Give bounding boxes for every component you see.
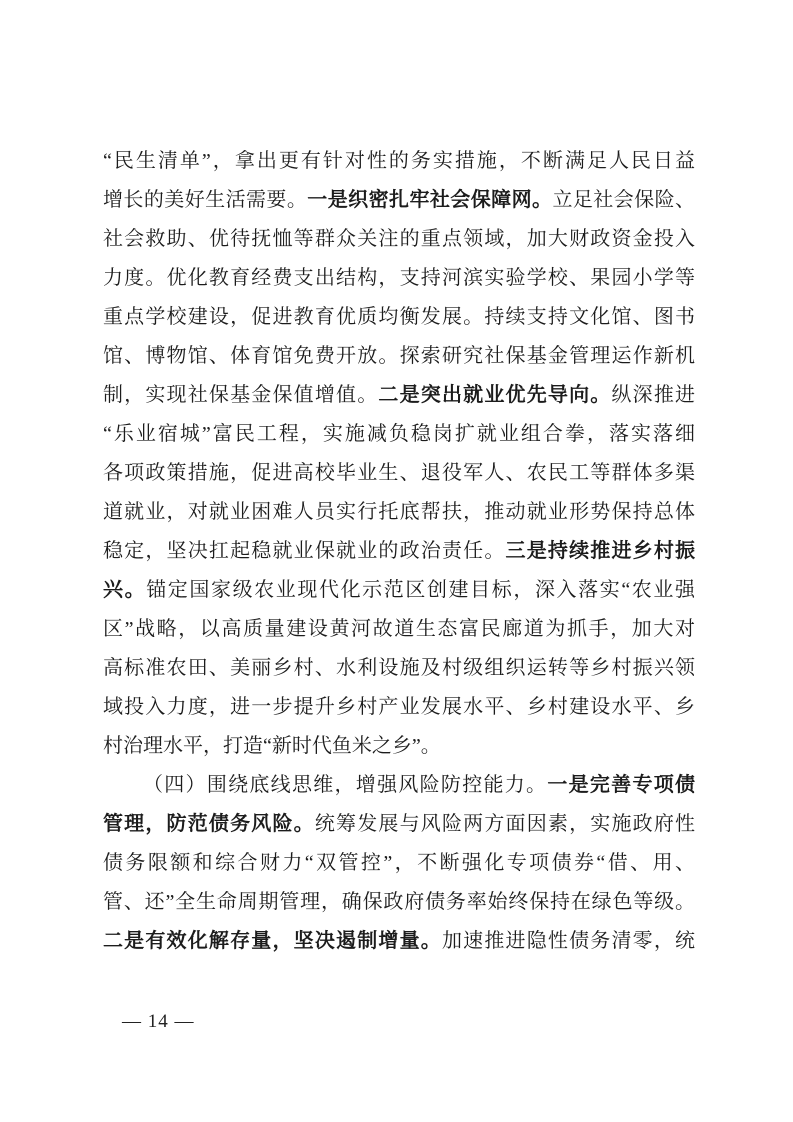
text-line: 高标准农田、美丽乡村、水利设施及村级组织运转等乡村振兴领 xyxy=(103,649,695,688)
text-line: 债务限额和综合财力“双管控”，不断强化专项债券“借、用、 xyxy=(103,844,695,883)
text-line: “乐业宿城”富民工程，实施减负稳岗扩就业组合拳，落实落细 xyxy=(103,415,695,454)
text-run: 社会救助、优待抚恤等群众关注的重点领域，加大财政资金投入 xyxy=(103,228,695,250)
text-run: 高标准农田、美丽乡村、水利设施及村级组织运转等乡村振兴领 xyxy=(103,657,695,679)
text-run: 各项政策措施，促进高校毕业生、退役军人、农民工等群体多渠 xyxy=(103,462,695,484)
text-run: 增长的美好生活需要。 xyxy=(103,189,307,211)
text-line: 管、还”全生命周期管理，确保政府债务率始终保持在绿色等级。 xyxy=(103,883,695,922)
text-line: 兴。锚定国家级农业现代化示范区创建目标，深入落实“农业强 xyxy=(103,571,695,610)
text-run: 道就业，对就业困难人员实行托底帮扶，推动就业形势保持总体 xyxy=(103,501,695,523)
text-run: 力度。优化教育经费支出结构，支持河滨实验学校、果园小学等 xyxy=(103,267,695,289)
text-run: “民生清单”，拿出更有针对性的务实措施，不断满足人民日益 xyxy=(103,150,695,172)
text-run: 稳定，坚决扛起稳就业保就业的政治责任。 xyxy=(103,540,506,562)
text-run: 统筹发展与风险两方面因素，实施政府性 xyxy=(315,813,695,835)
text-run: 债务限额和综合财力“双管控”，不断强化专项债券“借、用、 xyxy=(103,852,695,874)
text-run: （四）围绕底线思维，增强风险防控能力。 xyxy=(143,774,547,796)
page-number: — 14 — xyxy=(122,1008,195,1036)
text-run-bold: 一是完善专项债 xyxy=(547,774,695,796)
text-run: 馆、博物馆、体育馆免费开放。探索研究社保基金管理运作新机 xyxy=(103,345,695,367)
text-line: 二是有效化解存量，坚决遏制增量。加速推进隐性债务清零，统 xyxy=(103,922,695,961)
text-run-bold: 一是织密扎牢社会保障网。 xyxy=(307,189,552,211)
text-run-bold: 二是有效化解存量，坚决遏制增量。 xyxy=(103,930,442,952)
text-run-bold: 二是突出就业优先导向。 xyxy=(378,384,611,406)
text-run-bold: 兴。 xyxy=(103,579,146,601)
text-line: 稳定，坚决扛起稳就业保就业的政治责任。三是持续推进乡村振 xyxy=(103,532,695,571)
text-line: （四）围绕底线思维，增强风险防控能力。一是完善专项债 xyxy=(103,766,695,805)
text-run: 制，实现社保基金保值增值。 xyxy=(103,384,378,406)
text-line: 力度。优化教育经费支出结构，支持河滨实验学校、果园小学等 xyxy=(103,259,695,298)
text-line: 制，实现社保基金保值增值。二是突出就业优先导向。纵深推进 xyxy=(103,376,695,415)
text-run: 村治理水平，打造“新时代鱼米之乡”。 xyxy=(103,735,441,757)
text-run-bold: 三是持续推进乡村振 xyxy=(506,540,695,562)
text-line: 馆、博物馆、体育馆免费开放。探索研究社保基金管理运作新机 xyxy=(103,337,695,376)
text-line: 社会救助、优待抚恤等群众关注的重点领域，加大财政资金投入 xyxy=(103,220,695,259)
text-run: 域投入力度，进一步提升乡村产业发展水平、乡村建设水平、乡 xyxy=(103,696,695,718)
text-run: 区”战略，以高质量建设黄河故道生态富民廊道为抓手，加大对 xyxy=(103,618,695,640)
text-run: 立足社会保险、 xyxy=(552,189,695,211)
text-run: 管、还”全生命周期管理，确保政府债务率始终保持在绿色等级。 xyxy=(103,891,695,913)
text-line: 各项政策措施，促进高校毕业生、退役军人、农民工等群体多渠 xyxy=(103,454,695,493)
document-page: “民生清单”，拿出更有针对性的务实措施，不断满足人民日益增长的美好生活需要。一是… xyxy=(0,0,793,1122)
text-line: 区”战略，以高质量建设黄河故道生态富民廊道为抓手，加大对 xyxy=(103,610,695,649)
text-run: 纵深推进 xyxy=(611,384,695,406)
text-line: 道就业，对就业困难人员实行托底帮扶，推动就业形势保持总体 xyxy=(103,493,695,532)
text-line: 增长的美好生活需要。一是织密扎牢社会保障网。立足社会保险、 xyxy=(103,181,695,220)
text-run: 重点学校建设，促进教育优质均衡发展。持续支持文化馆、图书 xyxy=(103,306,695,328)
text-line: 管理，防范债务风险。统筹发展与风险两方面因素，实施政府性 xyxy=(103,805,695,844)
text-run: 加速推进隐性债务清零，统 xyxy=(442,930,695,952)
text-line: “民生清单”，拿出更有针对性的务实措施，不断满足人民日益 xyxy=(103,142,695,181)
text-run: 锚定国家级农业现代化示范区创建目标，深入落实“农业强 xyxy=(146,579,695,601)
text-line: 重点学校建设，促进教育优质均衡发展。持续支持文化馆、图书 xyxy=(103,298,695,337)
text-line: 村治理水平，打造“新时代鱼米之乡”。 xyxy=(103,727,695,766)
text-run-bold: 管理，防范债务风险。 xyxy=(103,813,315,835)
body-text: “民生清单”，拿出更有针对性的务实措施，不断满足人民日益增长的美好生活需要。一是… xyxy=(103,142,695,961)
text-run: “乐业宿城”富民工程，实施减负稳岗扩就业组合拳，落实落细 xyxy=(103,423,695,445)
text-line: 域投入力度，进一步提升乡村产业发展水平、乡村建设水平、乡 xyxy=(103,688,695,727)
